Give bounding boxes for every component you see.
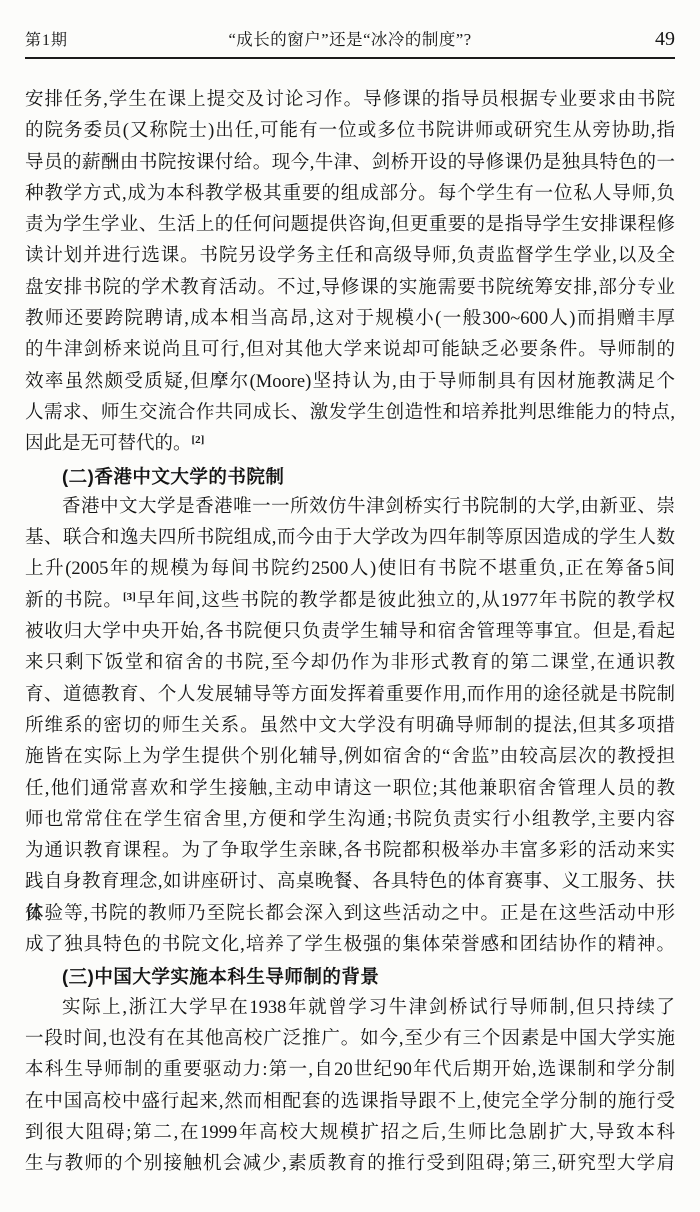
citation-ref: [3] — [123, 591, 136, 603]
text-line: 教师还要跨院聘请,成本相当高昂,这对于规模小(一般300~600人)而捐赠丰厚 — [25, 304, 675, 335]
journal-page: 第1期 “成长的窗户”还是“冰冷的制度”? 49 安排任务,学生在课上提交及讨论… — [0, 0, 700, 1212]
text-segment: 新的书院。 — [25, 591, 123, 611]
text-line: 因此是无可替代的。[2] — [25, 429, 675, 460]
section-heading: (二)香港中文大学的书院制 — [25, 461, 675, 492]
text-line: 体验等,书院的教师乃至院长都会深入到这些活动之中。正是在这些活动中形 — [25, 899, 675, 930]
text-segment: 早年间,这些书院的教学都是彼此独立的,从1977年书院的教学权 — [136, 591, 675, 611]
text-line: 读计划并进行选课。书院另设学务主任和高级导师,负责监督学生学业,以及全 — [25, 241, 675, 272]
text-line: 责为学生学业、生活上的任何问题提供咨询,但更重要的是指导学生安排课程修 — [25, 210, 675, 241]
text-line: 新的书院。[3]早年间,这些书院的教学都是彼此独立的,从1977年书院的教学权 — [25, 586, 675, 617]
text-line: 种教学方式,成为本科教学极其重要的组成部分。每个学生有一位私人导师,负 — [25, 179, 675, 210]
text-line: 香港中文大学是香港唯一一所效仿牛津剑桥实行书院制的大学,由新亚、崇 — [25, 492, 675, 523]
text-line: 被收归大学中央开始,各书院便只负责学生辅导和宿舍管理等事宜。但是,看起 — [25, 617, 675, 648]
text-line: 一段时间,也没有在其他高校广泛推广。如今,至少有三个因素是中国大学实施 — [25, 1024, 675, 1055]
text-line: 践自身教育理念,如讲座研讨、高桌晚餐、各具特色的体育赛事、义工服务、扶贫 — [25, 867, 675, 898]
paragraph: 实际上,浙江大学早在1938年就曾学习牛津剑桥试行导师制,但只持续了一段时间,也… — [25, 993, 675, 1181]
text-line: 安排任务,学生在课上提交及讨论习作。导修课的指导员根据专业要求由书院 — [25, 85, 675, 116]
text-line: 基、联合和逸夫四所书院组成,而今由于大学改为四年制等原因造成的学生人数 — [25, 523, 675, 554]
page-number: 49 — [545, 28, 675, 51]
text-line: 的牛津剑桥来说尚且可行,但对其他大学来说却可能缺乏必要条件。导师制的 — [25, 335, 675, 366]
text-line: 任,他们通常喜欢和学生接触,主动申请这一职位;其他兼职宿舍管理人员的教 — [25, 774, 675, 805]
issue-label: 第1期 — [25, 27, 155, 50]
page-header: 第1期 “成长的窗户”还是“冰冷的制度”? 49 — [25, 0, 675, 51]
text-line: 人需求、师生交流合作共同成长、激发学生创造性和培养批判思维能力的特点, — [25, 398, 675, 429]
text-line: 效率虽然颇受质疑,但摩尔(Moore)坚持认为,由于导师制具有因材施教满足个 — [25, 367, 675, 398]
text-segment: 因此是无可替代的。 — [25, 434, 192, 454]
running-title: “成长的窗户”还是“冰冷的制度”? — [155, 26, 545, 50]
text-line: 育、道德教育、个人发展辅导等方面发挥着重要作用,而作用的途径就是书院制 — [25, 680, 675, 711]
citation-ref: [2] — [192, 434, 205, 446]
text-line: 实际上,浙江大学早在1938年就曾学习牛津剑桥试行导师制,但只持续了 — [25, 993, 675, 1024]
text-line: 来只剩下饭堂和宿舍的书院,至今却仍作为非形式教育的第二课堂,在通识教 — [25, 648, 675, 679]
text-line: 成了独具特色的书院文化,培养了学生极强的集体荣誉感和团结协作的精神。 — [25, 930, 675, 961]
text-line: 的院务委员(又称院士)出任,可能有一位或多位书院讲师或研究生从旁协助,指 — [25, 116, 675, 147]
text-line: 本科生导师制的重要驱动力:第一,自20世纪90年代后期开始,选课制和学分制 — [25, 1055, 675, 1086]
header-rule — [25, 57, 675, 59]
body-text: 安排任务,学生在课上提交及讨论习作。导修课的指导员根据专业要求由书院的院务委员(… — [25, 85, 675, 1180]
text-line: 上升(2005年的规模为每间书院约2500人)使旧有书院不堪重负,正在筹备5间 — [25, 554, 675, 585]
text-line: 为通识教育课程。为了争取学生亲睐,各书院都积极举办丰富多彩的活动来实 — [25, 836, 675, 867]
paragraph: 香港中文大学是香港唯一一所效仿牛津剑桥实行书院制的大学,由新亚、崇基、联合和逸夫… — [25, 492, 675, 961]
text-line: 生与教师的个别接触机会减少,素质教育的推行受到阻碍;第三,研究型大学肩 — [25, 1149, 675, 1180]
text-line: 师也常常住在学生宿舍里,方便和学生沟通;书院负责实行小组教学,主要内容 — [25, 805, 675, 836]
text-line: 盘安排书院的学术教育活动。不过,导修课的实施需要书院统筹安排,部分专业 — [25, 273, 675, 304]
text-line: 到很大阻碍;第二,在1999年高校大规模扩招之后,生师比急剧扩大,导致本科 — [25, 1118, 675, 1149]
page-content: 第1期 “成长的窗户”还是“冰冷的制度”? 49 安排任务,学生在课上提交及讨论… — [25, 0, 675, 1180]
text-line: 在中国高校中盛行起来,然而相配套的选课指导跟不上,使完全学分制的施行受 — [25, 1087, 675, 1118]
paragraph: 安排任务,学生在课上提交及讨论习作。导修课的指导员根据专业要求由书院的院务委员(… — [25, 85, 675, 461]
text-line: 导员的薪酬由书院按课付给。现今,牛津、剑桥开设的导修课仍是独具特色的一 — [25, 148, 675, 179]
section-heading: (三)中国大学实施本科生导师制的背景 — [25, 961, 675, 992]
text-line: 施皆在实际上为学生提供个别化辅导,例如宿舍的“舍监”由较高层次的教授担 — [25, 742, 675, 773]
text-line: 所维系的密切的师生关系。虽然中文大学没有明确导师制的提法,但其多项措 — [25, 711, 675, 742]
